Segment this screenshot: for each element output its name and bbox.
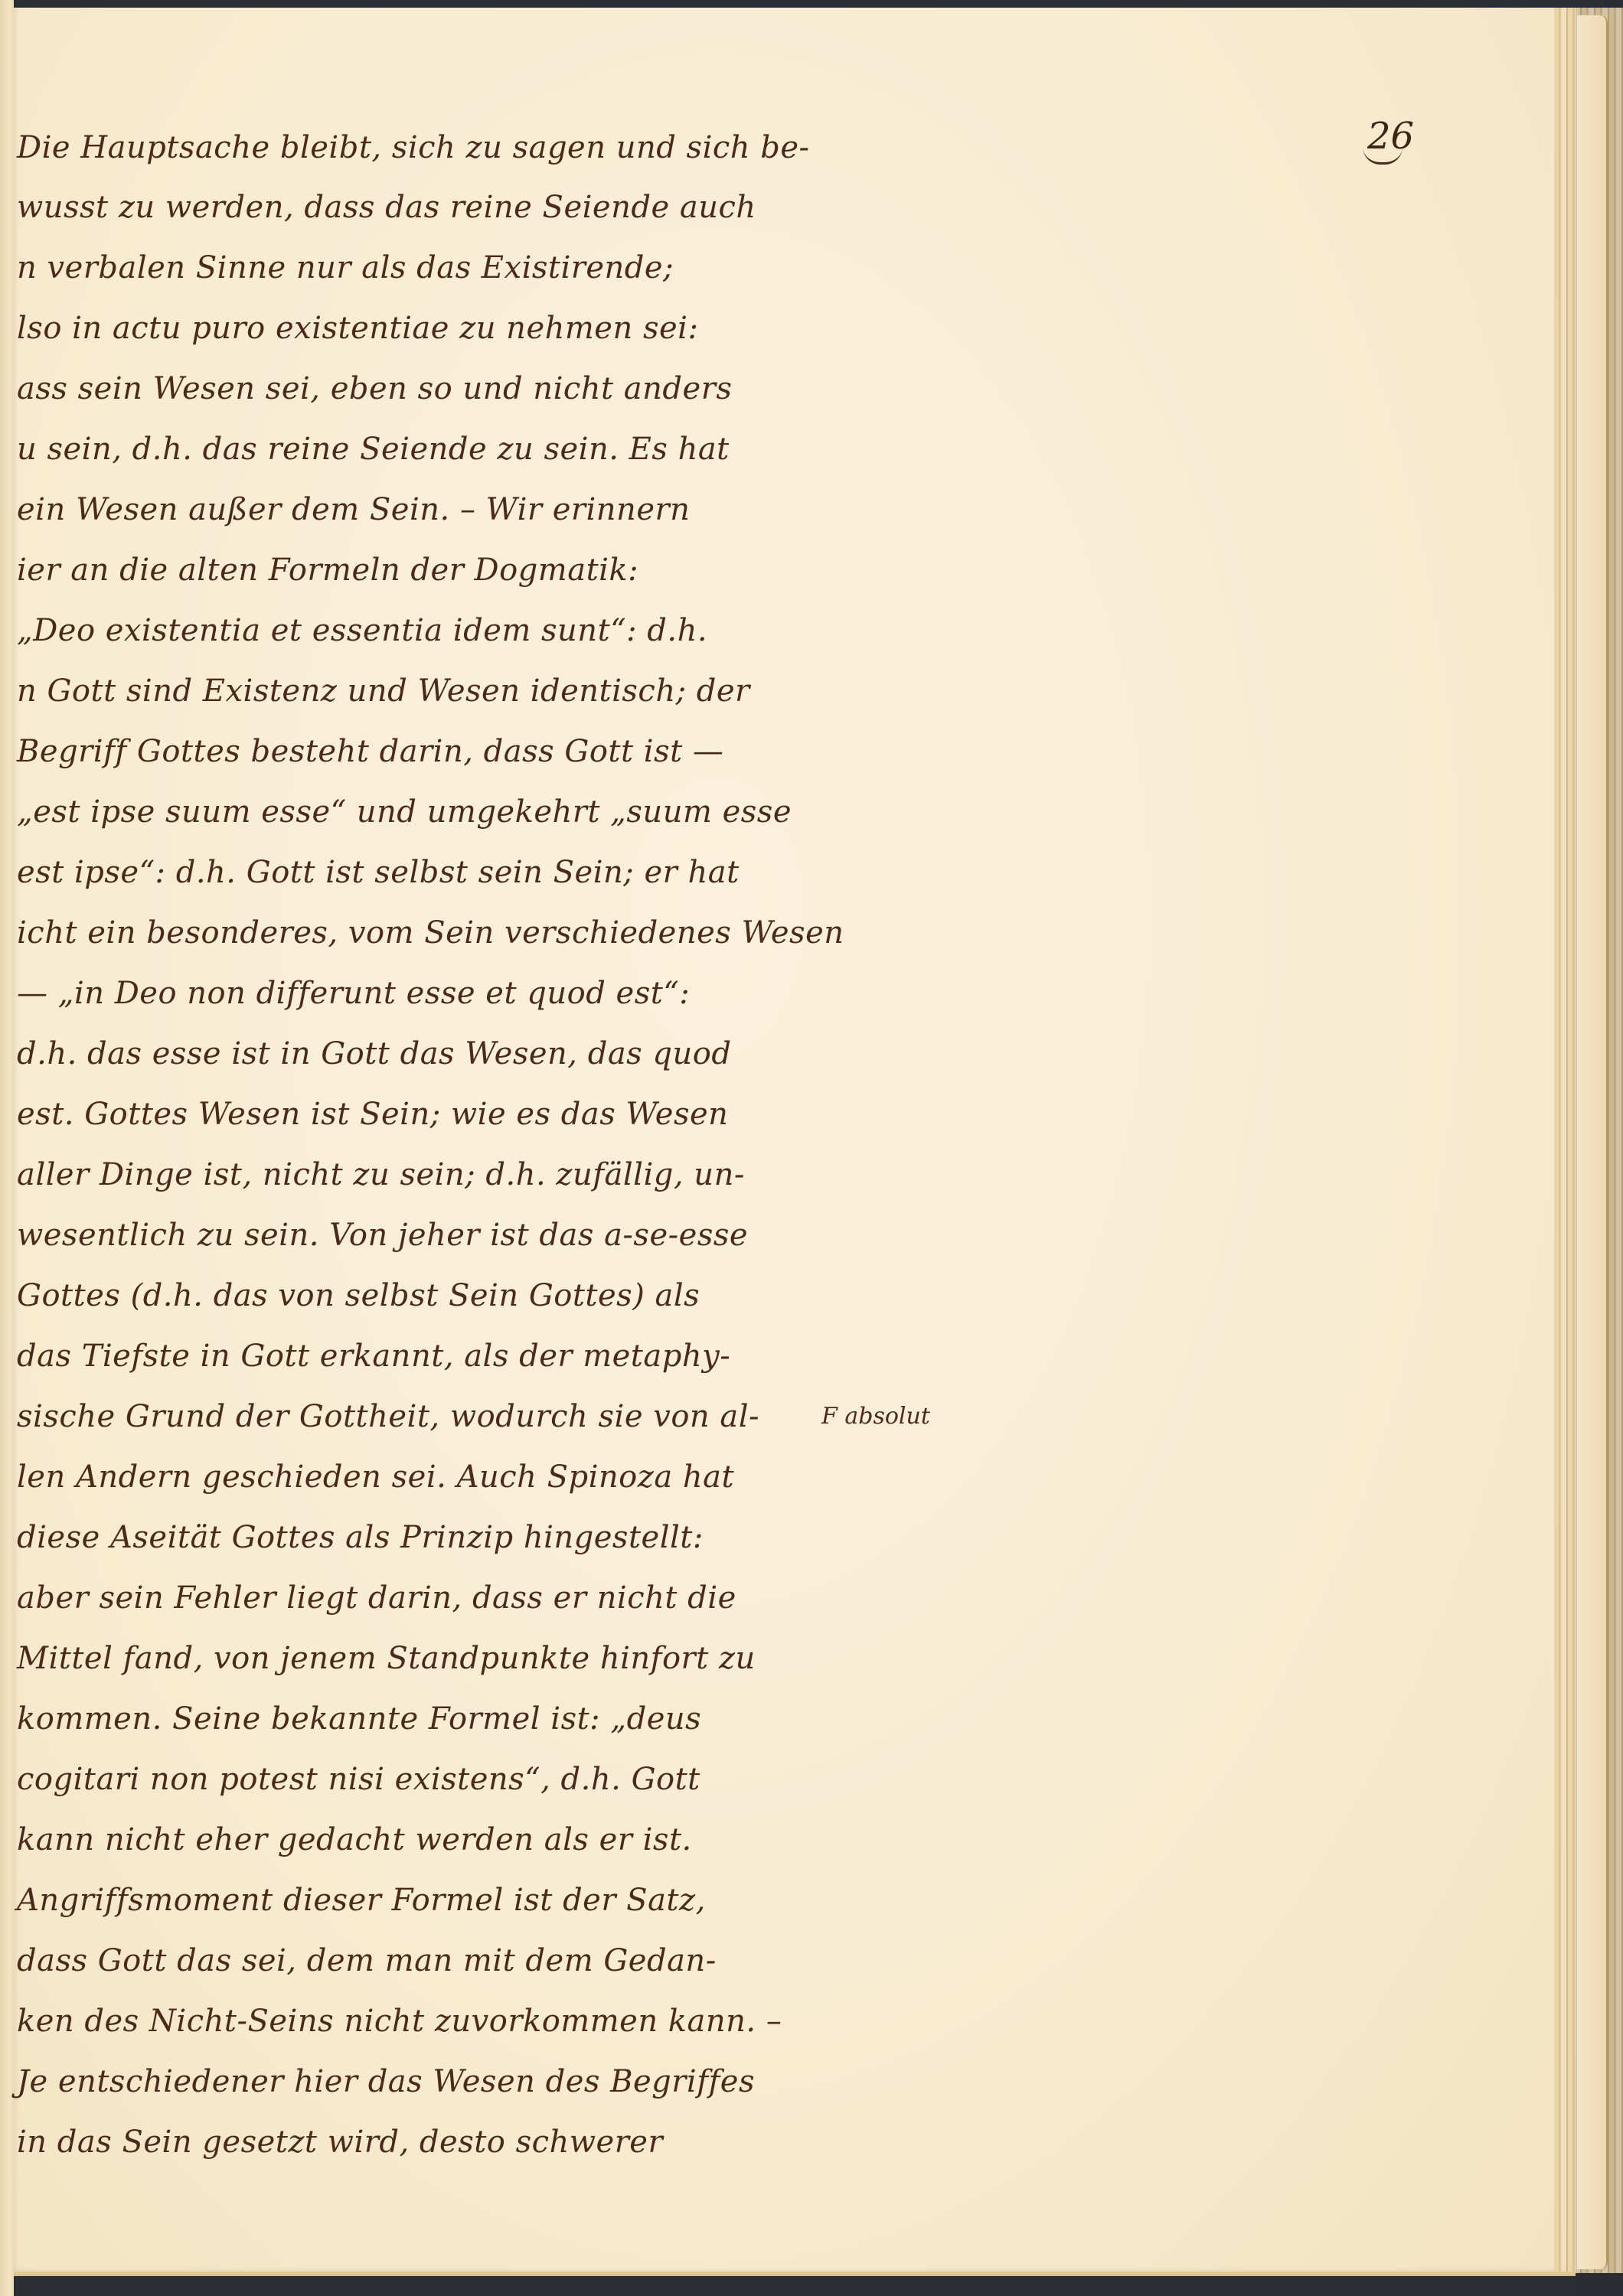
text-line: est ipse“: d.h. Gott ist selbst sein Sei… [17,855,740,890]
text-line: ken des Nicht-Seins nicht zuvorkommen ka… [17,2004,782,2039]
text-line: „est ipse suum esse“ und umgekehrt „suum… [17,794,792,830]
text-line: dass Gott das sei, dem man mit dem Gedan… [17,1943,717,1978]
text-line: lso in actu puro existentiae zu nehmen s… [17,311,698,346]
text-line: ein Wesen außer dem Sein. – Wir erinnern [17,492,690,527]
page-fore-edge [1577,15,1608,2269]
text-line: ass sein Wesen sei, eben so und nicht an… [17,371,732,406]
text-line: Je entschiedener hier das Wesen des Begr… [17,2064,755,2099]
text-line: n verbalen Sinne nur als das Existirende… [17,250,674,285]
text-line: kommen. Seine bekannte Formel ist: „deus [17,1701,701,1737]
text-line: Gottes (d.h. das von selbst Sein Gottes)… [17,1278,700,1313]
text-line: diese Aseität Gottes als Prinzip hingest… [17,1520,704,1555]
text-line: wesentlich zu sein. Von jeher ist das a-… [17,1218,748,1253]
text-line: aber sein Fehler liegt darin, dass er ni… [17,1580,736,1616]
text-line: aller Dinge ist, nicht zu sein; d.h. zuf… [17,1157,745,1192]
text-line: kann nicht eher gedacht werden als er is… [17,1822,692,1857]
text-line: Mittel fand, von jenem Standpunkte hinfo… [17,1641,756,1676]
text-line: d.h. das esse ist in Gott das Wesen, das… [17,1036,731,1071]
text-line: est. Gottes Wesen ist Sein; wie es das W… [17,1097,728,1132]
manuscript-page [14,8,1576,2277]
text-line: len Andern geschieden sei. Auch Spinoza … [17,1459,734,1495]
text-line: sische Grund der Gottheit, wodurch sie v… [17,1399,759,1434]
text-line: wusst zu werden, dass das reine Seiende … [17,190,756,225]
text-line: Begriff Gottes besteht darin, dass Gott … [17,734,723,769]
text-line: u sein, d.h. das reine Seiende zu sein. … [17,432,730,467]
text-line: Die Hauptsache bleibt, sich zu sagen und… [17,130,810,165]
text-line: — „in Deo non differunt esse et quod est… [17,976,690,1011]
text-line: cogitari non potest nisi existens“, d.h.… [17,1762,700,1797]
page-number: 26 [1367,115,1414,158]
margin-annotation: F absolut [821,1403,930,1430]
text-line: icht ein besonderes, vom Sein verschiede… [17,915,844,951]
text-line: in das Sein gesetzt wird, desto schwerer [17,2125,663,2160]
text-line: das Tiefste in Gott erkannt, als der met… [17,1339,730,1374]
text-line: „Deo existentia et essentia idem sunt“: … [17,613,707,648]
scan-background-bottom [14,2276,1576,2296]
text-line: Angriffsmoment dieser Formel ist der Sat… [17,1883,706,1918]
text-line: ier an die alten Formeln der Dogmatik: [17,553,638,588]
text-line: n Gott sind Existenz und Wesen identisch… [17,673,750,709]
